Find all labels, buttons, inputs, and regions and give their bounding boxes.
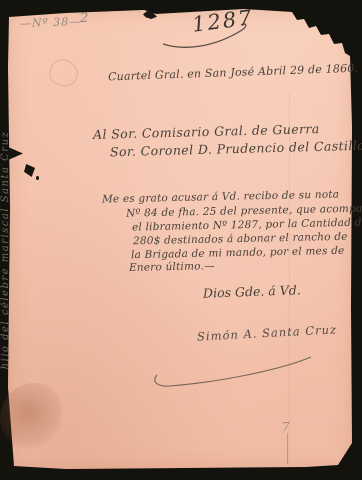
- body-line: Enero último.—: [129, 260, 215, 274]
- margin-note-pencil: hijo del célebre mariscal Santa Cruz: [0, 110, 16, 390]
- archive-number-pencil: —Nº 38—: [20, 15, 82, 30]
- archive-number-secondary-pencil: 2: [80, 11, 88, 26]
- page-number-pencil: 7: [282, 420, 290, 434]
- ink-blot-dot: [36, 176, 39, 180]
- pencil-stray-line: [287, 433, 288, 464]
- document-scan: —Nº 38— 2 hijo del célebre mariscal Sant…: [0, 0, 362, 480]
- paper-stain: [0, 383, 62, 449]
